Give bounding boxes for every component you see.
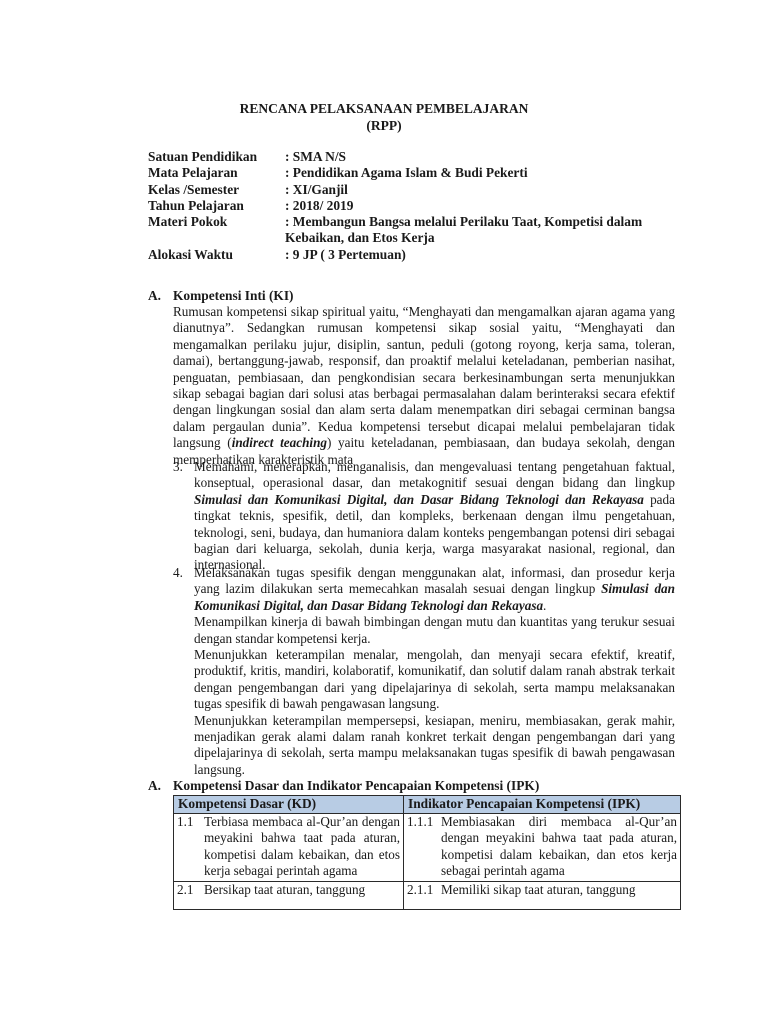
identity-row-alokasi: Alokasi Waktu : 9 JP ( 3 Pertemuan)	[148, 247, 688, 263]
section-title: Kompetensi Dasar dan Indikator Pencapaia…	[173, 778, 539, 793]
identity-row-materi: Materi Pokok : Membangun Bangsa melalui …	[148, 214, 688, 247]
section-title: Kompetensi Inti (KI)	[173, 288, 294, 303]
ki-list-item-4: 4. Melaksanakan tugas spesifik dengan me…	[173, 565, 675, 778]
ipk-text: Memiliki sikap taat aturan, tanggung	[441, 882, 677, 898]
ki-intro-text: Rumusan kompetensi sikap spiritual yaitu…	[173, 304, 675, 450]
identity-label: Alokasi Waktu	[148, 247, 285, 263]
ki-list-item-3: 3. Memahami, menerapkan, menganalisis, d…	[173, 459, 675, 574]
kd-text: Terbiasa membaca al-Qur’an dengan meyaki…	[204, 814, 400, 880]
section-heading-kd: A.Kompetensi Dasar dan Indikator Pencapa…	[148, 778, 539, 794]
document-page: RENCANA PELAKSANAAN PEMBELAJARAN (RPP) S…	[0, 0, 768, 1024]
table-row: 2.1 Bersikap taat aturan, tanggung 2.1.1…	[174, 881, 681, 909]
identity-row-kelas: Kelas /Semester : XI/Ganjil	[148, 182, 688, 198]
ki4-text-end: .	[543, 598, 546, 613]
column-header-ipk: Indikator Pencapaian Kompetensi (IPK)	[404, 796, 681, 814]
ipk-number: 1.1.1	[407, 814, 441, 880]
kd-number: 2.1	[177, 882, 204, 898]
identity-value: : XI/Ganjil	[285, 182, 688, 198]
identity-row-tahun: Tahun Pelajaran : 2018/ 2019	[148, 198, 688, 214]
ki3-emphasis: Simulasi dan Komunikasi Digital, dan Das…	[194, 492, 644, 507]
section-letter: A.	[148, 778, 173, 794]
ki4-paragraph: Menampilkan kinerja di bawah bimbingan d…	[194, 614, 675, 647]
ki-intro-emphasis: indirect teaching	[232, 435, 327, 450]
ipk-cell: 2.1.1 Memiliki sikap taat aturan, tanggu…	[404, 881, 681, 909]
kd-text: Bersikap taat aturan, tanggung	[204, 882, 400, 898]
identity-value-wrap: : Membangun Bangsa melalui Perilaku Taat…	[285, 214, 688, 247]
identity-row-mapel: Mata Pelajaran : Pendidikan Agama Islam …	[148, 165, 688, 181]
identity-block: Satuan Pendidikan : SMA N/S Mata Pelajar…	[148, 149, 688, 263]
list-number: 4.	[173, 565, 194, 778]
table-row: 1.1 Terbiasa membaca al-Qur’an dengan me…	[174, 814, 681, 882]
document-title: RENCANA PELAKSANAAN PEMBELAJARAN	[0, 101, 768, 117]
identity-label: Satuan Pendidikan	[148, 149, 285, 165]
kd-cell: 1.1 Terbiasa membaca al-Qur’an dengan me…	[174, 814, 404, 882]
ki3-text: Memahami, menerapkan, menganalisis, dan …	[194, 459, 675, 490]
ipk-number: 2.1.1	[407, 882, 441, 898]
document-subtitle: (RPP)	[0, 118, 768, 134]
identity-value-continuation: Kebaikan, dan Etos Kerja	[285, 230, 688, 246]
ki4-paragraph: Menunjukkan keterampilan mempersepsi, ke…	[194, 713, 675, 779]
ki4-paragraph: Menunjukkan keterampilan menalar, mengol…	[194, 647, 675, 713]
column-header-kd: Kompetensi Dasar (KD)	[174, 796, 404, 814]
table-header-row: Kompetensi Dasar (KD) Indikator Pencapai…	[174, 796, 681, 814]
identity-value: : Pendidikan Agama Islam & Budi Pekerti	[285, 165, 688, 181]
ipk-cell: 1.1.1 Membiasakan diri membaca al-Qur’an…	[404, 814, 681, 882]
section-letter: A.	[148, 288, 173, 304]
section-heading-ki: A.Kompetensi Inti (KI)	[148, 288, 294, 304]
identity-label: Kelas /Semester	[148, 182, 285, 198]
identity-value: : SMA N/S	[285, 149, 688, 165]
identity-value: : 9 JP ( 3 Pertemuan)	[285, 247, 688, 263]
kd-ipk-table: Kompetensi Dasar (KD) Indikator Pencapai…	[173, 795, 681, 910]
list-number: 3.	[173, 459, 194, 574]
kd-number: 1.1	[177, 814, 204, 880]
identity-value: : 2018/ 2019	[285, 198, 688, 214]
ki-intro-paragraph: Rumusan kompetensi sikap spiritual yaitu…	[173, 304, 675, 468]
identity-label: Tahun Pelajaran	[148, 198, 285, 214]
kd-cell: 2.1 Bersikap taat aturan, tanggung	[174, 881, 404, 909]
identity-row-satuan: Satuan Pendidikan : SMA N/S	[148, 149, 688, 165]
ipk-text: Membiasakan diri membaca al-Qur’an denga…	[441, 814, 677, 880]
identity-label: Materi Pokok	[148, 214, 285, 247]
identity-label: Mata Pelajaran	[148, 165, 285, 181]
identity-value: : Membangun Bangsa melalui Perilaku Taat…	[285, 214, 688, 230]
